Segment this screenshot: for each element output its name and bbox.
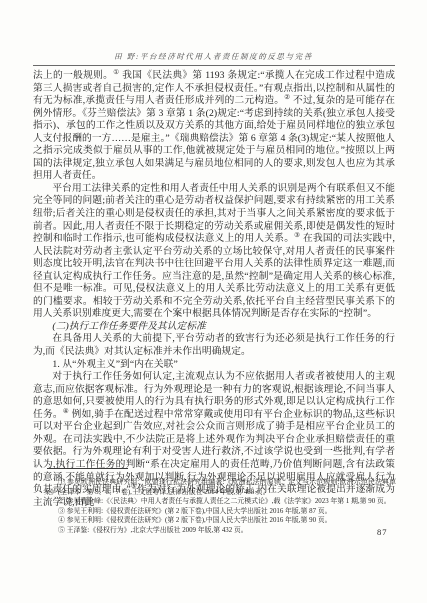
footnote-item: ③ 参见王利明:《侵权责任法研究》(第 2 版下卷),中国人民大学出版社 201… bbox=[44, 507, 396, 517]
sub-heading: 1. 从“外观主义”到“内在关联” bbox=[33, 359, 395, 372]
page-number: 87 bbox=[377, 527, 388, 537]
running-header: 田 野:平台经济时代用人者责任制度的反思与完善 bbox=[0, 51, 427, 62]
footnote-item: ② 参见曹险峰:《〈民法典〉中用人者责任与承揽人责任之二元模式论》,载《法学家》… bbox=[44, 497, 396, 507]
header-rule bbox=[33, 65, 395, 66]
paragraph: 在具备用人关系的大前提下,平台劳动者的致害行为还必须是执行工作任务的行为,而《民… bbox=[33, 333, 395, 358]
paragraph-continuation: 法上的一般规则。① 我国《民法典》第 1193 条规定:“承揽人在完成工作过程中… bbox=[33, 70, 395, 183]
footnote-item: ④ 参见王利明:《侵权责任法研究》(第 2 版下卷),中国人民大学出版社 201… bbox=[44, 516, 396, 526]
footnote-divider bbox=[47, 468, 128, 469]
paragraph: 平台用工法律关系的定性和用人者责任中用人关系的识别是两个有联系但又不能完全等同的… bbox=[33, 183, 395, 321]
footnote-item: ⑤ 王泽鉴:《侵权行为》,北京大学出版社 2009 年版,第 432 页。 bbox=[44, 526, 396, 536]
journal-page: 田 野:平台经济时代用人者责任制度的反思与完善 法上的一般规则。① 我国《民法典… bbox=[0, 0, 427, 603]
article-body: 法上的一般规则。① 我国《民法典》第 1193 条规定:“承揽人在完成工作过程中… bbox=[33, 70, 395, 509]
section-heading: (二)执行工作任务要件及其认定标准 bbox=[33, 321, 395, 334]
footnotes: ① 参见欧洲民法典研究组、欧盟现行私法研究组编著:《欧洲私法的原则、定义与示范规… bbox=[44, 478, 396, 536]
footnote-item: ① 参见欧洲民法典研究组、欧盟现行私法研究组编著:《欧洲私法的原则、定义与示范规… bbox=[44, 478, 396, 497]
